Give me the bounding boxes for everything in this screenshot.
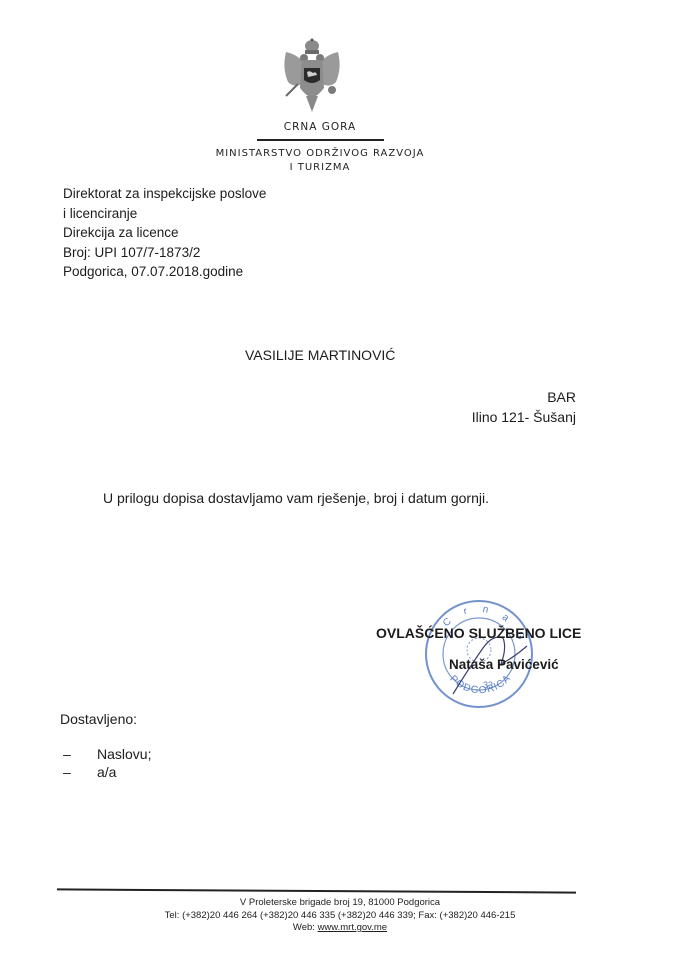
footer-web: Web: www.mrt.gov.me [40, 922, 640, 935]
coat-of-arms-icon [280, 38, 344, 116]
recipient-name: VASILIJE MARTINOVIĆ [245, 347, 395, 363]
letter-body: U prilogu dopisa dostavljamo vam rješenj… [103, 490, 489, 506]
reference-number: Broj: UPI 107/7-1873/2 [63, 243, 266, 263]
svg-text:33: 33 [483, 680, 493, 690]
website-link[interactable]: www.mrt.gov.me [318, 922, 388, 933]
place-and-date: Podgorica, 07.07.2018.godine [63, 262, 266, 282]
official-stamp-icon: C r n a G o r a PODGORICA 33 [423, 598, 535, 710]
delivered-to-label: Dostavljeno: [60, 711, 137, 727]
list-item: – a/a [63, 763, 151, 781]
sender-block: Direktorat za inspekcijske poslove i lic… [63, 184, 266, 282]
sender-directorate-cont: i licenciranje [63, 204, 266, 224]
list-bullet: – [63, 745, 97, 763]
delivered-to-list: – Naslovu; – a/a [63, 745, 151, 781]
footer: V Proleterske brigade broj 19, 81000 Pod… [40, 897, 640, 935]
list-item-text: Naslovu; [97, 745, 151, 763]
signatory-title: OVLAŠĆENO SLUŽBENO LICE [376, 625, 581, 641]
svg-text:PODGORICA: PODGORICA [447, 673, 513, 697]
signatory-name: Nataša Pavićević [449, 657, 559, 672]
country-name: CRNA GORA [0, 121, 640, 133]
list-bullet: – [63, 763, 97, 781]
footer-divider [57, 888, 576, 893]
footer-phones: Tel: (+382)20 446 264 (+382)20 446 335 (… [40, 910, 640, 923]
recipient-city: BAR [547, 389, 576, 405]
ministry-name: MINISTARSTVO ODRŽIVOG RAZVOJA I TURIZMA [150, 147, 490, 175]
list-item: – Naslovu; [63, 745, 151, 763]
recipient-street: Ilino 121- Šušanj [472, 409, 576, 425]
header-divider [257, 139, 384, 141]
ministry-name-line1: MINISTARSTVO ODRŽIVOG RAZVOJA [150, 147, 490, 161]
footer-address: V Proleterske brigade broj 19, 81000 Pod… [40, 897, 640, 910]
sender-department: Direkcija za licence [63, 223, 266, 243]
ministry-name-line2: I TURIZMA [150, 161, 490, 175]
list-item-text: a/a [97, 763, 116, 781]
sender-directorate: Direktorat za inspekcijske poslove [63, 184, 266, 204]
footer-web-label: Web: [293, 922, 318, 933]
